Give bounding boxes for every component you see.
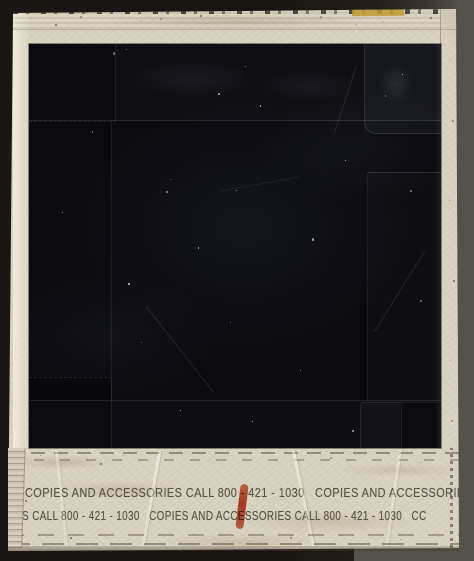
dust-speck bbox=[385, 95, 386, 97]
dust-speck bbox=[420, 300, 422, 302]
top-right-corner-fold bbox=[440, 8, 460, 48]
strip-streak bbox=[8, 459, 459, 461]
dust-speck bbox=[402, 74, 403, 75]
dust-speck bbox=[230, 322, 231, 323]
stitched-right-edge bbox=[450, 448, 453, 548]
photo-window bbox=[29, 44, 441, 448]
dust-speck bbox=[126, 49, 127, 50]
right-panel-block bbox=[367, 172, 441, 401]
caption-line-2: IES CALL 800 - 421 - 1030 COPIES AND ACC… bbox=[12, 508, 427, 523]
yellow-tape-patch bbox=[352, 9, 404, 17]
dust-speck bbox=[170, 179, 171, 180]
right-edge-sheen bbox=[435, 44, 441, 448]
dust-speck bbox=[245, 66, 246, 67]
strip-bottom-edge bbox=[8, 546, 459, 551]
vertical-seam-left bbox=[111, 121, 112, 400]
dust-speck bbox=[180, 410, 181, 411]
ribbed-left-edge bbox=[8, 448, 26, 548]
strip-streak bbox=[8, 543, 459, 545]
corner-block-bottom-right-a bbox=[360, 402, 402, 448]
dust-speck bbox=[345, 160, 346, 161]
dust-speck bbox=[236, 190, 237, 191]
film-pack: COPIES AND ACCESSORIES CALL 800 - 421 - … bbox=[0, 0, 474, 561]
corner-block-bottom-left bbox=[29, 377, 112, 448]
strip-streak bbox=[8, 534, 459, 536]
dust-speck bbox=[198, 247, 199, 249]
dust-speck bbox=[166, 191, 168, 193]
dust-speck bbox=[410, 190, 412, 192]
horizontal-seam-lower bbox=[29, 400, 441, 401]
strip-streak bbox=[8, 452, 459, 454]
dust-speck bbox=[312, 238, 314, 241]
frame-top-seam bbox=[13, 29, 456, 30]
caption-strip: COPIES AND ACCESSORIES CALL 800 - 421 - … bbox=[8, 448, 459, 551]
dust-speck bbox=[128, 283, 130, 285]
dust-speck bbox=[141, 342, 142, 343]
dust-speck bbox=[62, 212, 63, 213]
dust-speck bbox=[113, 52, 115, 55]
dust-speck bbox=[300, 370, 301, 371]
dust-speck bbox=[260, 105, 261, 107]
corner-block-bottom-right-b bbox=[400, 402, 438, 448]
dust-speck bbox=[252, 421, 253, 422]
dust-speck bbox=[92, 131, 93, 133]
dust-speck bbox=[352, 430, 354, 432]
scanned-photo: COPIES AND ACCESSORIES CALL 800 - 421 - … bbox=[0, 0, 474, 561]
corner-block-top-left bbox=[29, 44, 116, 122]
dust-speck bbox=[218, 93, 220, 95]
horizontal-seam-upper bbox=[29, 120, 441, 121]
